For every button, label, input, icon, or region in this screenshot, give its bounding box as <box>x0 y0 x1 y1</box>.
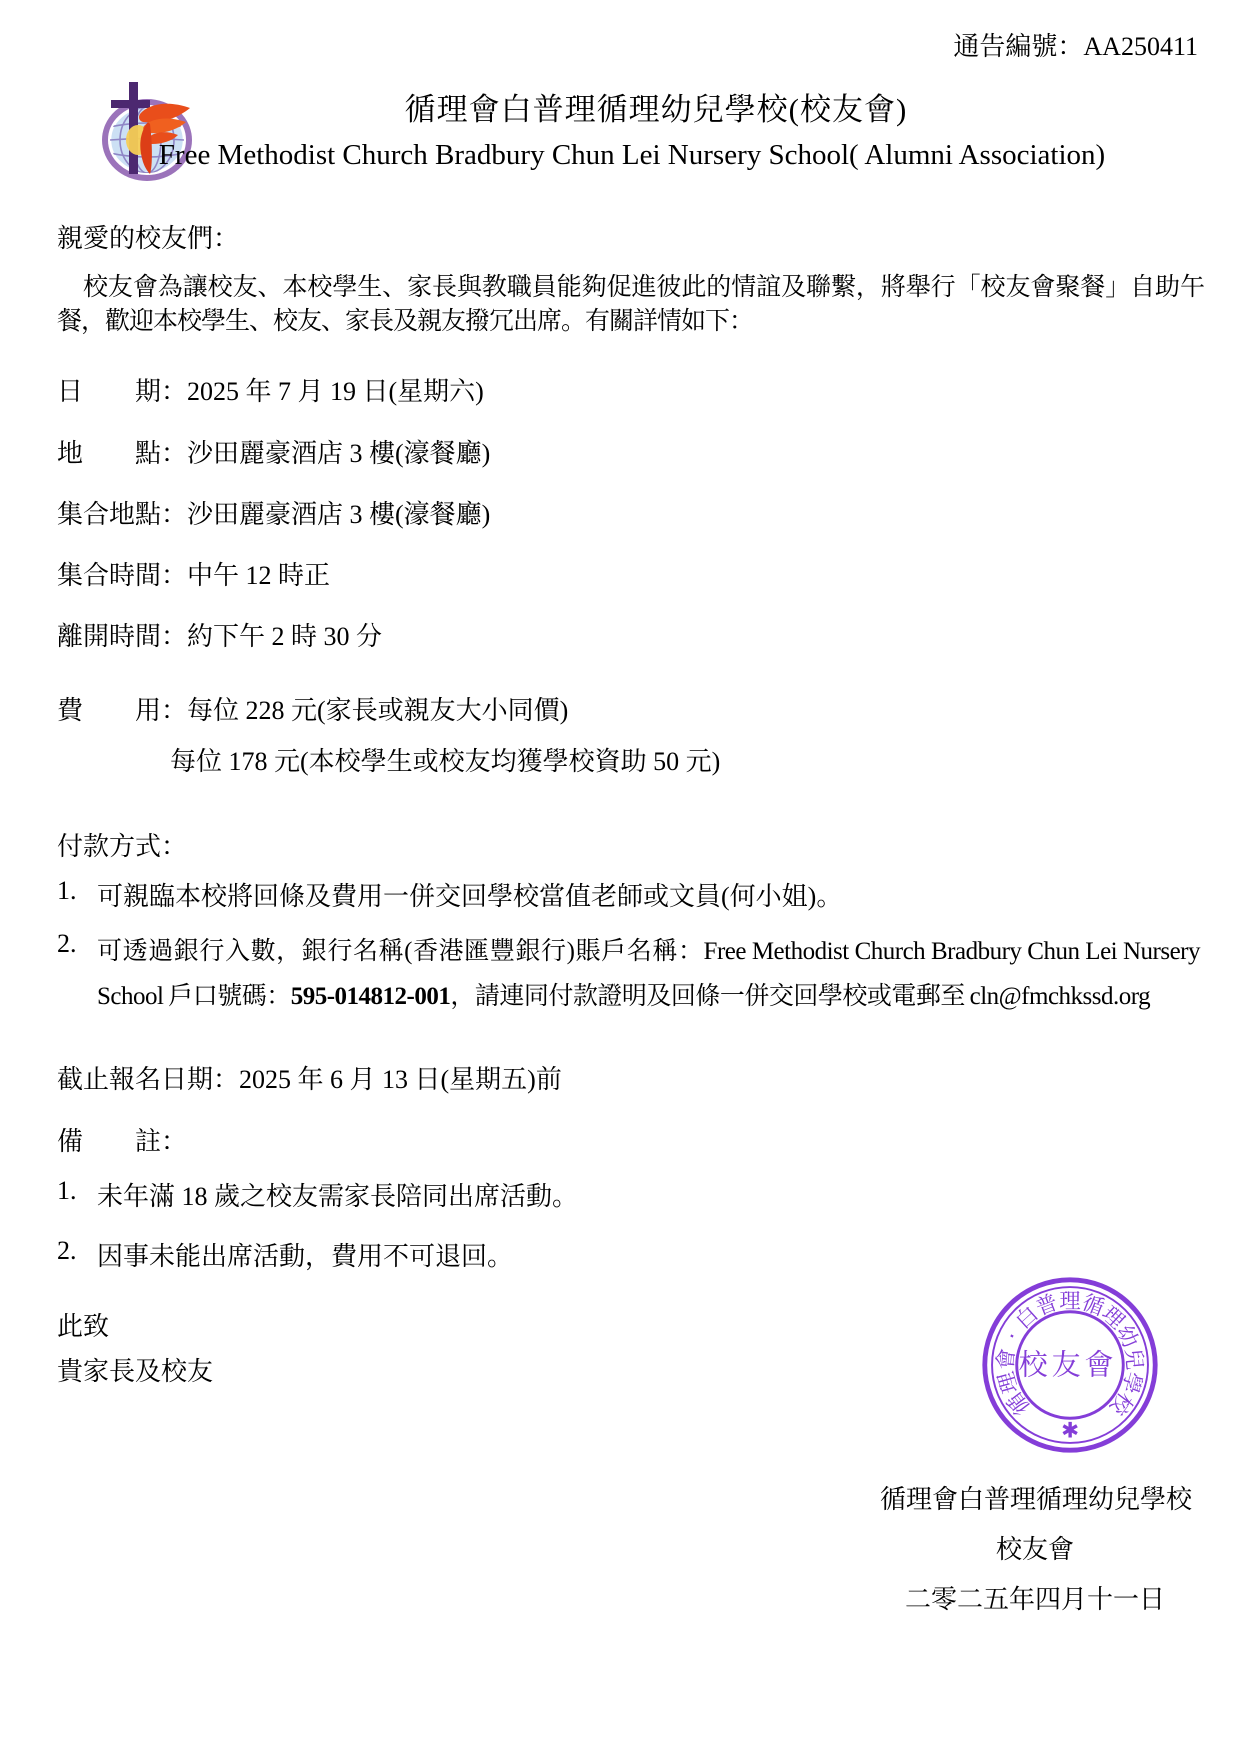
detail-assembly-place: 集合地點：沙田麗豪酒店 3 樓(濠餐廳) <box>57 494 490 531</box>
remark-item-2-number: 2. <box>57 1236 97 1266</box>
svg-text:‧: ‧ <box>1000 1328 1025 1345</box>
payment-item-1: 1. 可親臨本校將回條及費用一併交回學校當值老師或文員(何小姐)。 <box>57 876 1200 913</box>
payment-item-2: 2. 可透過銀行入數，銀行名稱(香港匯豐銀行)賬戶名稱：Free Methodi… <box>57 929 1200 1019</box>
svg-text:兒: 兒 <box>1121 1347 1147 1370</box>
payment-heading: 付款方式： <box>57 826 187 863</box>
svg-text:理: 理 <box>1059 1289 1080 1313</box>
alumni-association-stamp: 循理會‧白普理循理幼兒學校 校友會 ✱ <box>978 1273 1162 1457</box>
bank-account-number: 595-014812-001 <box>291 983 451 1010</box>
deadline-line: 截止報名日期：2025 年 6 月 13 日(星期五)前 <box>57 1059 562 1096</box>
stamp-center-text: 校友會 <box>1019 1349 1118 1382</box>
intro-paragraph: 校友會為讓校友、本校學生、家長與教職員能夠促進彼此的情誼及聯繫，將舉行「校友會聚… <box>57 271 1204 339</box>
school-title-zh: 循理會白普理循理幼兒學校(校友會) <box>72 84 1240 129</box>
stamp-svg: 循理會‧白普理循理幼兒學校 校友會 ✱ <box>978 1273 1162 1457</box>
payment-item-1-text: 可親臨本校將回條及費用一併交回學校當值老師或文員(何小姐)。 <box>97 876 1200 913</box>
detail-venue: 地 點：沙田麗豪酒店 3 樓(濠餐廳) <box>57 433 490 470</box>
signature-date: 二零二五年四月十一日 <box>880 1583 1190 1617</box>
payment-item-2-post: ，請連同付款證明及回條一併交回學校或電郵至 cln@fmchkssd.org <box>450 983 1150 1010</box>
detail-fee-line2: 每位 178 元(本校學生或校友均獲學校資助 50 元) <box>170 741 720 778</box>
detail-leave-time: 離開時間：約下午 2 時 30 分 <box>57 616 382 653</box>
stamp-bottom-mark: ✱ <box>1061 1419 1079 1443</box>
closing-respectfully: 此致 <box>57 1306 109 1343</box>
signature-school-name: 循理會白普理循理幼兒學校 <box>880 1483 1190 1517</box>
closing-addressee: 貴家長及校友 <box>57 1351 213 1388</box>
school-title-en: Free Methodist Church Bradbury Chun Lei … <box>24 139 1240 172</box>
signature-block: 循理會白普理循理幼兒學校 校友會 二零二五年四月十一日 <box>880 1483 1190 1633</box>
payment-item-2-number: 2. <box>57 929 97 959</box>
remark-item-2: 2. 因事未能出席活動，費用不可退回。 <box>57 1236 1200 1273</box>
remark-item-1-text: 未年滿 18 歲之校友需家長陪同出席活動。 <box>97 1176 1200 1213</box>
payment-item-2-text: 可透過銀行入數，銀行名稱(香港匯豐銀行)賬戶名稱：Free Methodist … <box>97 929 1200 1019</box>
svg-text:會: 會 <box>993 1347 1019 1370</box>
letter-document: 通告編號：AA250411 循理會白普理循理幼兒學校(校友會) <box>0 0 1240 1755</box>
notice-number: 通告編號：AA250411 <box>953 26 1198 63</box>
remark-item-1-number: 1. <box>57 1176 97 1206</box>
detail-date: 日 期：2025 年 7 月 19 日(星期六) <box>57 371 484 408</box>
detail-fee-line1: 費 用：每位 228 元(家長或親友大小同價) <box>57 690 568 727</box>
detail-assembly-time: 集合時間：中午 12 時正 <box>57 555 330 592</box>
payment-item-1-number: 1. <box>57 876 97 906</box>
remarks-heading: 備 註： <box>57 1121 187 1158</box>
remark-item-1: 1. 未年滿 18 歲之校友需家長陪同出席活動。 <box>57 1176 1200 1213</box>
salutation: 親愛的校友們： <box>57 218 239 255</box>
remark-item-2-text: 因事未能出席活動，費用不可退回。 <box>97 1236 1200 1273</box>
signature-association: 校友會 <box>880 1533 1190 1567</box>
